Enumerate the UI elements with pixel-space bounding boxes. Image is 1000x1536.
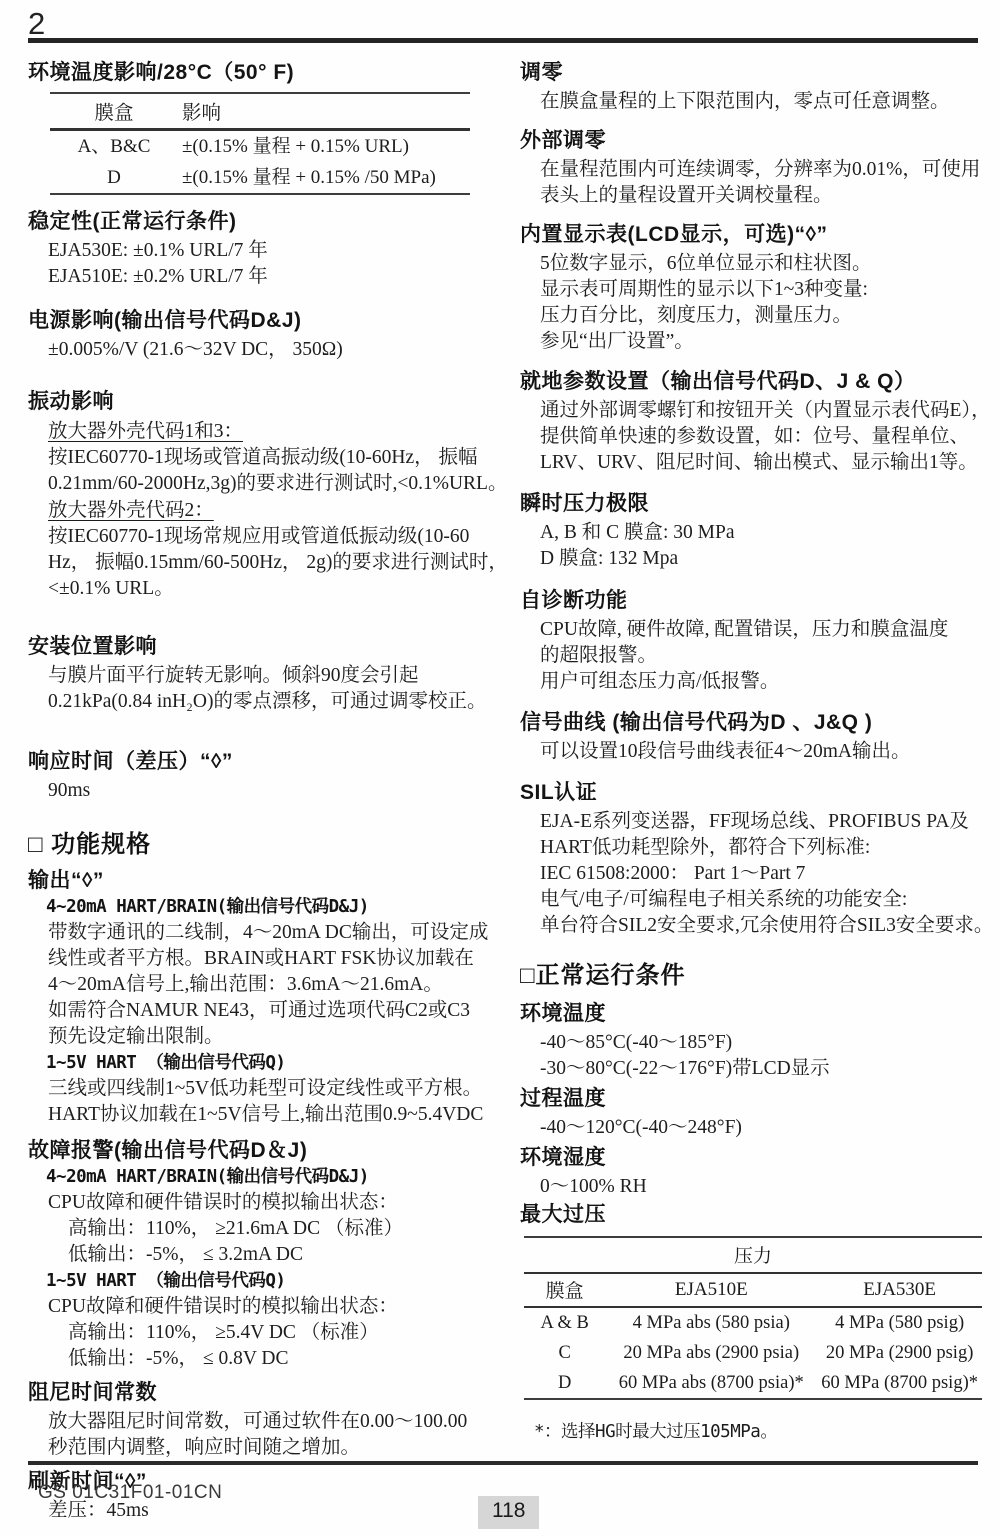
cell-capsule: C bbox=[524, 1338, 605, 1368]
text-line: 低输出：-5%， ≤ 3.2mA DC bbox=[28, 1242, 520, 1268]
text-line: A, B 和 C 膜盒: 30 MPa bbox=[520, 520, 990, 546]
text-line: 高输出：110%， ≥5.4V DC （标准） bbox=[28, 1320, 520, 1346]
text-line: 0～100% RH bbox=[520, 1174, 990, 1200]
text-line: 表头上的量程设置开关调校量程。 bbox=[520, 183, 990, 209]
section-local-parameter-setting: 就地参数设置（输出信号代码D、J & Q） 通过外部调零螺钉和按钮开关（内置显示… bbox=[520, 369, 990, 476]
section-instant-pressure-limit: 瞬时压力极限 A, B 和 C 膜盒: 30 MPa D 膜盒: 132 Mpa bbox=[520, 491, 990, 572]
table-footnote: *：选择HG时最大过压105MPa。 bbox=[520, 1418, 990, 1443]
text-line: <±0.1% URL。 bbox=[28, 576, 520, 602]
section-heading: 自诊断功能 bbox=[520, 588, 990, 614]
signal-code-subheading: 4~20mA HART/BRAIN(输出信号代码D&J) bbox=[28, 894, 520, 920]
text-line: 通过外部调零螺钉和按钮开关（内置显示表代码E）， bbox=[520, 398, 990, 424]
text-line: 线性或者平方根。BRAIN或HART FSK协议加载在 bbox=[28, 946, 520, 972]
section-heading: 电源影响(输出信号代码D&J) bbox=[28, 308, 520, 334]
section-self-diagnostics: 自诊断功能 CPU故障, 硬件故障, 配置错误，压力和膜盒温度 的超限报警。 用… bbox=[520, 588, 990, 695]
header-rule bbox=[28, 38, 978, 43]
text-line: HART低功耗型除外，都符合下列标准: bbox=[520, 835, 990, 861]
text-line: -40～120°C(-40～248°F) bbox=[520, 1115, 990, 1141]
text-line: 放大器阻尼时间常数，可通过软件在0.00～100.00 bbox=[28, 1409, 520, 1435]
major-section-functional-specs: □ 功能规格 bbox=[28, 830, 520, 860]
section-heading: 环境湿度 bbox=[520, 1145, 990, 1171]
cell-capsule: A & B bbox=[524, 1307, 605, 1338]
section-heading: 输出“◊” bbox=[28, 868, 520, 894]
right-column: 调零 在膜盒量程的上下限范围内，零点可任意调整。 外部调零 在量程范围内可连续调… bbox=[520, 52, 990, 1524]
section-power-supply-effect: 电源影响(输出信号代码D&J) ±0.005%/V (21.6～32V DC， … bbox=[28, 308, 520, 363]
section-signal-characterizer: 信号曲线 (输出信号代码为D 、J&Q ) 可以设置10段信号曲线表征4～20m… bbox=[520, 710, 990, 765]
text-line: 三线或四线制1~5V低功耗型可设定线性或平方根。 bbox=[28, 1076, 520, 1102]
signal-code-subheading: 1~5V HART （输出信号代码Q) bbox=[28, 1268, 520, 1294]
section-external-zero: 外部调零 在量程范围内可连续调零，分辨率为0.01%，可使用 表头上的量程设置开… bbox=[520, 128, 990, 209]
section-failure-alarm: 故障报警(输出信号代码D＆J) 4~20mA HART/BRAIN(输出信号代码… bbox=[28, 1138, 520, 1372]
cell-effect: ±(0.15% 量程 + 0.15% URL) bbox=[178, 130, 470, 163]
section-heading: SIL认证 bbox=[520, 780, 990, 806]
section-heading: 环境温度 bbox=[520, 1001, 990, 1027]
span-header-pressure: 压力 bbox=[524, 1237, 982, 1273]
major-section-normal-operating-conditions: □正常运行条件 bbox=[520, 961, 990, 991]
section-damping-time-constant: 阻尼时间常数 放大器阻尼时间常数，可通过软件在0.00～100.00 秒范围内调… bbox=[28, 1380, 520, 1461]
page-number: 2 bbox=[28, 6, 45, 42]
text-line: Hz， 振幅0.15mm/60-500Hz， 2g)的要求进行测试时， bbox=[28, 550, 520, 576]
text-line: 秒范围内调整，响应时间随之增加。 bbox=[28, 1435, 520, 1461]
footer-rule bbox=[28, 1461, 978, 1465]
text-line: 低输出：-5%， ≤ 0.8V DC bbox=[28, 1346, 520, 1372]
section-max-overpressure: 最大过压 压力 膜盒 EJA510E EJA530E bbox=[520, 1202, 990, 1443]
cell-eja530e: 4 MPa (580 psig) bbox=[817, 1307, 982, 1338]
signal-code-subheading: 4~20mA HART/BRAIN(输出信号代码D&J) bbox=[28, 1164, 520, 1190]
table-row: D ±(0.15% 量程 + 0.15% /50 MPa) bbox=[50, 162, 470, 194]
section-heading: 就地参数设置（输出信号代码D、J & Q） bbox=[520, 369, 990, 395]
left-column: 环境温度影响/28°C（50° F) 膜盒 影响 A、B&C ±(0.15% 量… bbox=[28, 52, 520, 1524]
section-heading: 安装位置影响 bbox=[28, 634, 520, 660]
section-heading: 稳定性(正常运行条件) bbox=[28, 209, 520, 235]
col-header-eja510e: EJA510E bbox=[605, 1273, 817, 1307]
table-row: A、B&C ±(0.15% 量程 + 0.15% URL) bbox=[50, 130, 470, 163]
section-heading: 振动影响 bbox=[28, 389, 520, 415]
text-line: 0.21kPa(0.84 inH₂O)的零点漂移，可通过调零校正。 bbox=[28, 689, 520, 715]
text-line: 按IEC60770-1现场或管道高振动级(10-60Hz， 振幅 bbox=[28, 445, 520, 471]
section-heading: 内置显示表(LCD显示，可选)“◊” bbox=[520, 222, 990, 248]
text-line: IEC 61508:2000： Part 1～Part 7 bbox=[520, 861, 990, 887]
text-line: HART协议加载在1~5V信号上,输出范围0.9~5.4VDC bbox=[28, 1102, 520, 1128]
cell-capsule: D bbox=[524, 1368, 605, 1399]
text-line: 电气/电子/可编程电子相关系统的功能安全: bbox=[520, 887, 990, 913]
text-line: CPU故障和硬件错误时的模拟输出状态： bbox=[28, 1190, 520, 1216]
section-heading: 信号曲线 (输出信号代码为D 、J&Q ) bbox=[520, 710, 990, 736]
table-span-header-row: 压力 bbox=[524, 1237, 982, 1273]
text-line: ±0.005%/V (21.6～32V DC， 350Ω) bbox=[28, 337, 520, 363]
table-header-row: 膜盒 影响 bbox=[50, 93, 470, 130]
section-heading: 瞬时压力极限 bbox=[520, 491, 990, 517]
text-line: 单台符合SIL2安全要求,冗余使用符合SIL3安全要求。 bbox=[520, 913, 990, 939]
text-line: 按IEC60770-1现场常规应用或管道低振动级(10-60 bbox=[28, 524, 520, 550]
col-header-capsule: 膜盒 bbox=[50, 93, 178, 130]
section-heading: 故障报警(输出信号代码D＆J) bbox=[28, 1138, 520, 1164]
text-line: 可以设置10段信号曲线表征4～20mA输出。 bbox=[520, 739, 990, 765]
section-integral-indicator: 内置显示表(LCD显示，可选)“◊” 5位数字显示，6位单位显示和柱状图。 显示… bbox=[520, 222, 990, 355]
document-code: GS 01C31F01-01CN bbox=[38, 1482, 222, 1504]
text-line: 5位数字显示，6位单位显示和柱状图。 bbox=[520, 251, 990, 277]
footer-page-number: 118 bbox=[478, 1496, 539, 1529]
section-heading: 响应时间（差压）“◊” bbox=[28, 749, 520, 775]
text-line: 带数字通讯的二线制，4～20mA DC输出，可设定成 bbox=[28, 920, 520, 946]
text-line: LRV、URV、阻尼时间、输出模式、显示输出1等。 bbox=[520, 450, 990, 476]
section-zero-adjustment: 调零 在膜盒量程的上下限范围内，零点可任意调整。 bbox=[520, 60, 990, 115]
text-line: 在量程范围内可连续调零，分辨率为0.01%，可使用 bbox=[520, 157, 990, 183]
cell-eja510e: 4 MPa abs (580 psia) bbox=[605, 1307, 817, 1338]
text-line: EJA510E: ±0.2% URL/7 年 bbox=[28, 264, 520, 290]
text-line: 90ms bbox=[28, 778, 520, 804]
cell-eja510e: 60 MPa abs (8700 psia)* bbox=[605, 1368, 817, 1399]
text-line: 0.21mm/60-2000Hz,3g)的要求进行测试时,<0.1%URL。 bbox=[28, 471, 520, 497]
text-line: 用户可组态压力高/低报警。 bbox=[520, 669, 990, 695]
section-vibration-effect: 振动影响 放大器外壳代码1和3： 按IEC60770-1现场或管道高振动级(10… bbox=[28, 389, 520, 602]
section-heading: 环境温度影响/28°C（50° F) bbox=[28, 60, 520, 86]
section-process-temperature: 过程温度 -40～120°C(-40～248°F) bbox=[520, 1086, 990, 1141]
subheading-underlined: 放大器外壳代码2： bbox=[28, 497, 520, 524]
text-line: 4～20mA信号上,输出范围：3.6mA～21.6mA。 bbox=[28, 972, 520, 998]
text-line: 预先设定输出限制。 bbox=[28, 1024, 520, 1050]
text-line: -40～85°C(-40～185°F) bbox=[520, 1030, 990, 1056]
cell-eja530e: 20 MPa (2900 psig) bbox=[817, 1338, 982, 1368]
text-line: 的超限报警。 bbox=[520, 643, 990, 669]
cell-eja530e: 60 MPa (8700 psig)* bbox=[817, 1368, 982, 1399]
cell-capsule: A、B&C bbox=[50, 130, 178, 163]
temp-effect-table: 膜盒 影响 A、B&C ±(0.15% 量程 + 0.15% URL) D ±(… bbox=[50, 92, 470, 195]
text-line: 与膜片面平行旋转无影响。倾斜90度会引起 bbox=[28, 663, 520, 689]
section-heading: 调零 bbox=[520, 60, 990, 86]
text-line: EJA530E: ±0.1% URL/7 年 bbox=[28, 238, 520, 264]
table-header-row: 膜盒 EJA510E EJA530E bbox=[524, 1273, 982, 1307]
col-header-effect: 影响 bbox=[178, 93, 470, 130]
overpressure-table: 压力 膜盒 EJA510E EJA530E A & B 4 MPa abs (5… bbox=[524, 1236, 982, 1400]
text-line: 在膜盒量程的上下限范围内，零点可任意调整。 bbox=[520, 89, 990, 115]
signal-code-subheading: 1~5V HART （输出信号代码Q) bbox=[28, 1050, 520, 1076]
section-ambient-humidity: 环境湿度 0～100% RH bbox=[520, 1145, 990, 1200]
section-output: 输出“◊” 4~20mA HART/BRAIN(输出信号代码D&J) 带数字通讯… bbox=[28, 868, 520, 1128]
subheading-underlined: 放大器外壳代码1和3： bbox=[28, 418, 520, 445]
text-line: CPU故障和硬件错误时的模拟输出状态： bbox=[28, 1294, 520, 1320]
text-line: D 膜盒: 132 Mpa bbox=[520, 546, 990, 572]
section-response-time: 响应时间（差压）“◊” 90ms bbox=[28, 749, 520, 804]
text-line: 压力百分比，刻度压力，测量压力。 bbox=[520, 303, 990, 329]
text-line: EJA-E系列变送器，FF现场总线、PROFIBUS PA及 bbox=[520, 809, 990, 835]
text-line: CPU故障, 硬件故障, 配置错误，压力和膜盒温度 bbox=[520, 617, 990, 643]
text-line: 高输出：110%， ≥21.6mA DC （标准） bbox=[28, 1216, 520, 1242]
col-header-eja530e: EJA530E bbox=[817, 1273, 982, 1307]
table-row: A & B 4 MPa abs (580 psia) 4 MPa (580 ps… bbox=[524, 1307, 982, 1338]
section-heading: 过程温度 bbox=[520, 1086, 990, 1112]
cell-eja510e: 20 MPa abs (2900 psia) bbox=[605, 1338, 817, 1368]
text-line: 提供简单快速的参数设置，如：位号、量程单位、 bbox=[520, 424, 990, 450]
two-column-layout: 环境温度影响/28°C（50° F) 膜盒 影响 A、B&C ±(0.15% 量… bbox=[28, 52, 990, 1524]
table-row: D 60 MPa abs (8700 psia)* 60 MPa (8700 p… bbox=[524, 1368, 982, 1399]
section-heading: 最大过压 bbox=[520, 1202, 990, 1228]
section-stability: 稳定性(正常运行条件) EJA530E: ±0.1% URL/7 年 EJA51… bbox=[28, 209, 520, 290]
text-line: -30～80°C(-22～176°F)带LCD显示 bbox=[520, 1056, 990, 1082]
section-ambient-temperature: 环境温度 -40～85°C(-40～185°F) -30～80°C(-22～17… bbox=[520, 1001, 990, 1082]
text-line: 参见“出厂设置”。 bbox=[520, 329, 990, 355]
table-row: C 20 MPa abs (2900 psia) 20 MPa (2900 ps… bbox=[524, 1338, 982, 1368]
cell-capsule: D bbox=[50, 162, 178, 194]
section-sil-certification: SIL认证 EJA-E系列变送器，FF现场总线、PROFIBUS PA及 HAR… bbox=[520, 780, 990, 939]
document-page: 2 环境温度影响/28°C（50° F) 膜盒 影响 A、B&C bbox=[0, 0, 1000, 1536]
text-line: 如需符合NAMUR NE43，可通过选项代码C2或C3 bbox=[28, 998, 520, 1024]
section-heading: 阻尼时间常数 bbox=[28, 1380, 520, 1406]
col-header-capsule: 膜盒 bbox=[524, 1273, 605, 1307]
section-ambient-temp-effect: 环境温度影响/28°C（50° F) 膜盒 影响 A、B&C ±(0.15% 量… bbox=[28, 60, 520, 195]
text-line: 显示表可周期性的显示以下1~3种变量: bbox=[520, 277, 990, 303]
cell-effect: ±(0.15% 量程 + 0.15% /50 MPa) bbox=[178, 162, 470, 194]
section-heading: 外部调零 bbox=[520, 128, 990, 154]
section-mounting-position-effect: 安装位置影响 与膜片面平行旋转无影响。倾斜90度会引起 0.21kPa(0.84… bbox=[28, 634, 520, 715]
